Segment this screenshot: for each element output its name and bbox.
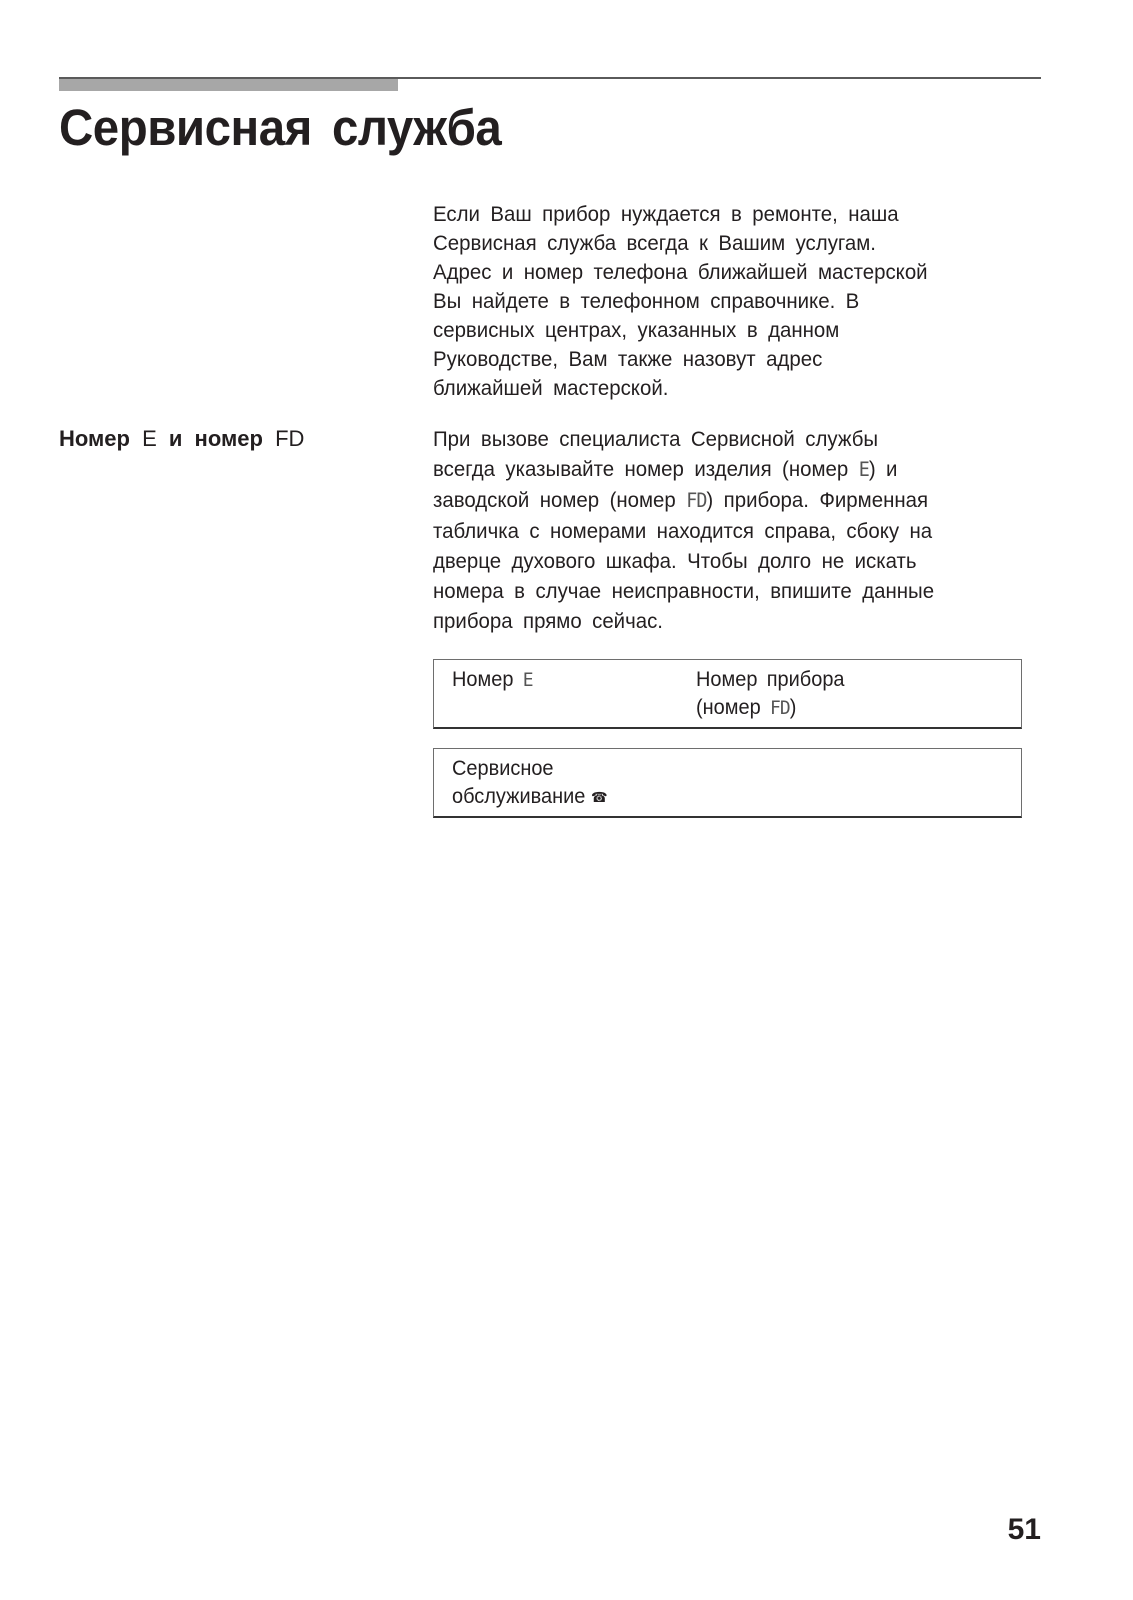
header-accent-bar bbox=[59, 79, 398, 91]
intro-paragraph: Если Ваш прибор нуждается в ремонте, наш… bbox=[433, 200, 1022, 403]
intro-line: Вы найдете в телефонном справочнике. В bbox=[433, 287, 1022, 316]
heading-word: Номер bbox=[59, 426, 130, 451]
intro-line: Руководстве, Вам также назовут адрес bbox=[433, 345, 1022, 374]
text-run: ) и bbox=[869, 457, 898, 481]
phone-icon: ☎ bbox=[591, 783, 608, 811]
page-number: 51 bbox=[1008, 1510, 1041, 1550]
e-number-code: E bbox=[523, 669, 533, 691]
service-label: Сервисное bbox=[452, 755, 608, 783]
fd-number-code: FD bbox=[770, 697, 790, 719]
service-contact-box[interactable]: Сервисное обслуживание☎ bbox=[433, 748, 1022, 818]
e-number-label: Номер bbox=[452, 668, 513, 691]
instructions-paragraph: При вызове специалиста Сервисной службы … bbox=[433, 424, 1022, 636]
instructions-line: прибора прямо сейчас. bbox=[433, 606, 1022, 636]
heading-code-e: E bbox=[142, 426, 157, 451]
heading-word: и номер bbox=[169, 426, 263, 451]
appliance-numbers-box[interactable]: Номер E Номер прибора (номер FD) bbox=[433, 659, 1022, 729]
intro-line: Адрес и номер телефона ближайшей мастерс… bbox=[433, 258, 1022, 287]
fd-number-label: Номер прибора bbox=[696, 666, 845, 694]
intro-line: Сервисная служба всегда к Вашим услугам. bbox=[433, 229, 1022, 258]
text-run: всегда указывайте номер изделия (номер bbox=[433, 457, 859, 481]
fd-number-field[interactable]: Номер прибора (номер FD) bbox=[696, 666, 845, 722]
instructions-line: всегда указывайте номер изделия (номер E… bbox=[433, 454, 1022, 485]
instructions-line: При вызове специалиста Сервисной службы bbox=[433, 424, 1022, 454]
text-run: обслуживание bbox=[452, 785, 585, 808]
text-run: (номер bbox=[696, 696, 761, 719]
intro-line: Если Ваш прибор нуждается в ремонте, наш… bbox=[433, 200, 1022, 229]
fd-number-sublabel: (номер FD) bbox=[696, 694, 845, 722]
service-label: обслуживание☎ bbox=[452, 783, 608, 811]
text-run: ) прибора. Фирменная bbox=[706, 488, 928, 512]
intro-line: сервисных центрах, указанных в данном bbox=[433, 316, 1022, 345]
service-phone-field[interactable]: Сервисное обслуживание☎ bbox=[452, 755, 608, 811]
instructions-line: табличка с номерами находится справа, сб… bbox=[433, 516, 1022, 546]
intro-line: ближайшей мастерской. bbox=[433, 374, 1022, 403]
heading-code-fd: FD bbox=[275, 426, 304, 451]
instructions-line: заводской номер (номер FD) прибора. Фирм… bbox=[433, 485, 1022, 516]
instructions-line: номера в случае неисправности, впишите д… bbox=[433, 576, 1022, 606]
instructions-line: дверце духового шкафа. Чтобы долго не ис… bbox=[433, 546, 1022, 576]
section-heading: Номер E и номер FD bbox=[59, 424, 304, 454]
text-run: ) bbox=[790, 696, 797, 719]
page-title: Сервисная служба bbox=[59, 98, 501, 158]
code-e: E bbox=[859, 458, 869, 481]
text-run: заводской номер (номер bbox=[433, 488, 686, 512]
code-fd: FD bbox=[686, 489, 706, 512]
e-number-field[interactable]: Номер E bbox=[452, 666, 533, 694]
